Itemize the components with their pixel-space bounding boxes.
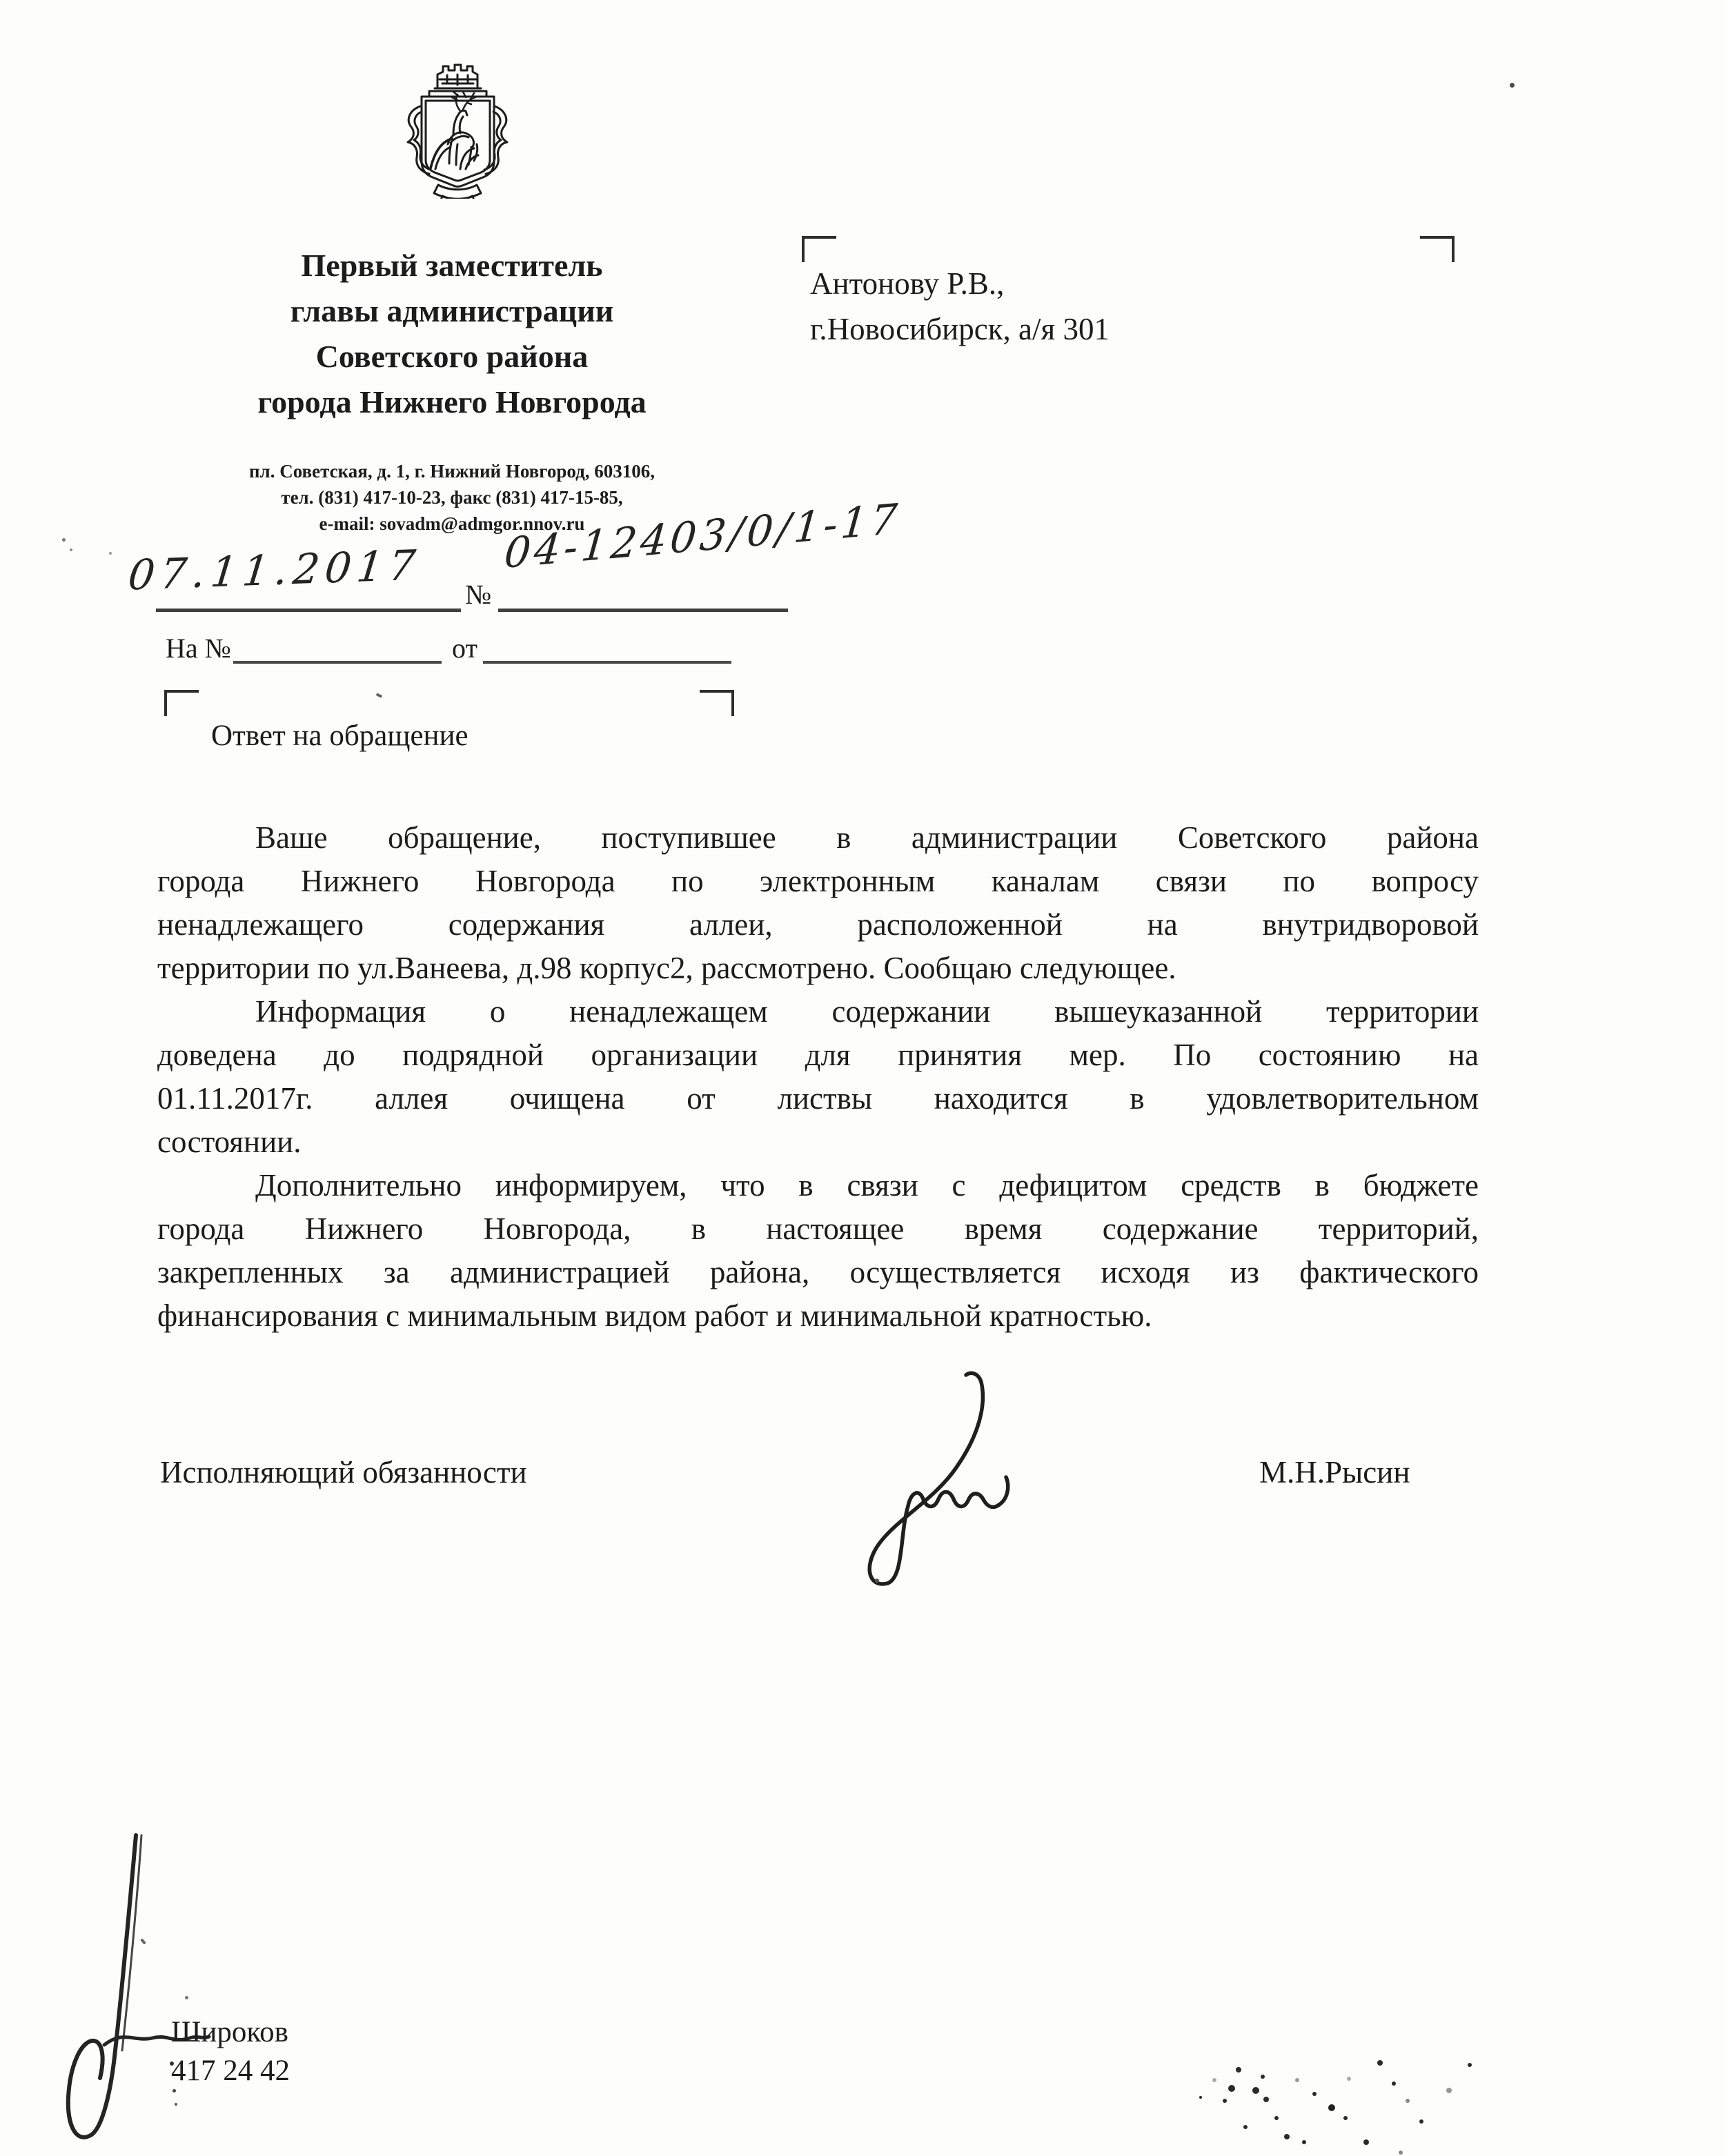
pen-stroke-mark	[52, 1814, 279, 2155]
recipient-block: Антонову Р.В., г.Новосибирск, а/я 301	[810, 261, 1110, 352]
scan-speckle	[172, 2089, 176, 2093]
outgoing-date-handwritten: 07.11.2017	[126, 541, 423, 600]
body-line: Ваше обращение, поступившее в администра…	[157, 816, 1479, 860]
scan-speckle	[875, 1579, 879, 1583]
executor-block: Широков 417 24 42	[171, 2013, 290, 2090]
body-line: доведена до подрядной организации для пр…	[157, 1034, 1479, 1077]
signer-position: Исполняющий обязанности	[160, 1454, 527, 1490]
incoming-number-label: На №	[166, 632, 231, 664]
body-line: Информация о ненадлежащем содержании выш…	[157, 990, 1479, 1034]
subject-line: Ответ на обращение	[211, 719, 469, 753]
letterhead-title-line: главы администрации	[159, 288, 745, 334]
scan-speckle	[1510, 83, 1515, 88]
body-line: города Нижнего Новгорода по электронным …	[157, 860, 1479, 903]
subject-frame-corner-left	[164, 690, 199, 716]
body-line: закрепленных за администрацией района, о…	[157, 1251, 1479, 1294]
subject-frame-corner-right	[700, 690, 734, 716]
scan-speckle	[62, 538, 66, 542]
body-line: города Нижнего Новгорода, в настоящее вр…	[157, 1207, 1479, 1251]
body-line: финансирования с минимальным видом работ…	[157, 1294, 1479, 1338]
letter-body: Ваше обращение, поступившее в администра…	[157, 816, 1479, 1338]
scanned-letter-page: Первый заместитель главы администрации С…	[0, 0, 1725, 2156]
signature-autograph	[787, 1369, 1049, 1597]
incoming-number-line	[233, 661, 442, 664]
executor-phone: 417 24 42	[171, 2052, 290, 2090]
from-label: от	[452, 632, 477, 664]
body-line: Дополнительно информируем, что в связи с…	[157, 1164, 1479, 1207]
body-line: ненадлежащего содержания аллеи, располож…	[157, 903, 1479, 947]
scan-noise-cluster	[1173, 2059, 1483, 2156]
number-underline	[498, 609, 788, 612]
scan-speckle	[376, 693, 383, 698]
body-line: территории по ул.Ванеева, д.98 корпус2, …	[157, 947, 1479, 990]
address-frame-corner-left	[802, 236, 836, 262]
letterhead-title: Первый заместитель главы администрации С…	[159, 243, 745, 425]
coat-of-arms-emblem	[399, 61, 516, 199]
scan-speckle	[109, 552, 112, 555]
executor-name: Широков	[171, 2013, 290, 2052]
from-date-line	[483, 661, 731, 664]
date-underline	[156, 609, 461, 612]
body-line: состоянии.	[157, 1120, 1479, 1164]
address-frame-corner-right	[1420, 236, 1455, 262]
letterhead-title-line: Советского района	[159, 334, 745, 379]
recipient-address: г.Новосибирск, а/я 301	[810, 306, 1110, 352]
scan-speckle	[170, 2061, 174, 2066]
letterhead-title-line: Первый заместитель	[159, 243, 745, 288]
recipient-name: Антонову Р.В.,	[810, 261, 1110, 306]
letterhead-address-line: тел. (831) 417-10-23, факс (831) 417-15-…	[159, 484, 745, 511]
scan-speckle	[175, 2103, 177, 2106]
body-line: 01.11.2017г. аллея очищена от листвы нах…	[157, 1077, 1479, 1120]
letterhead-title-line: города Нижнего Новгорода	[159, 379, 745, 425]
number-label: №	[465, 578, 491, 611]
scan-speckle	[70, 548, 72, 551]
letterhead-address-line: пл. Советская, д. 1, г. Нижний Новгород,…	[159, 458, 745, 484]
scan-speckle	[185, 1996, 188, 1999]
signer-name: М.Н.Рысин	[1259, 1454, 1410, 1490]
